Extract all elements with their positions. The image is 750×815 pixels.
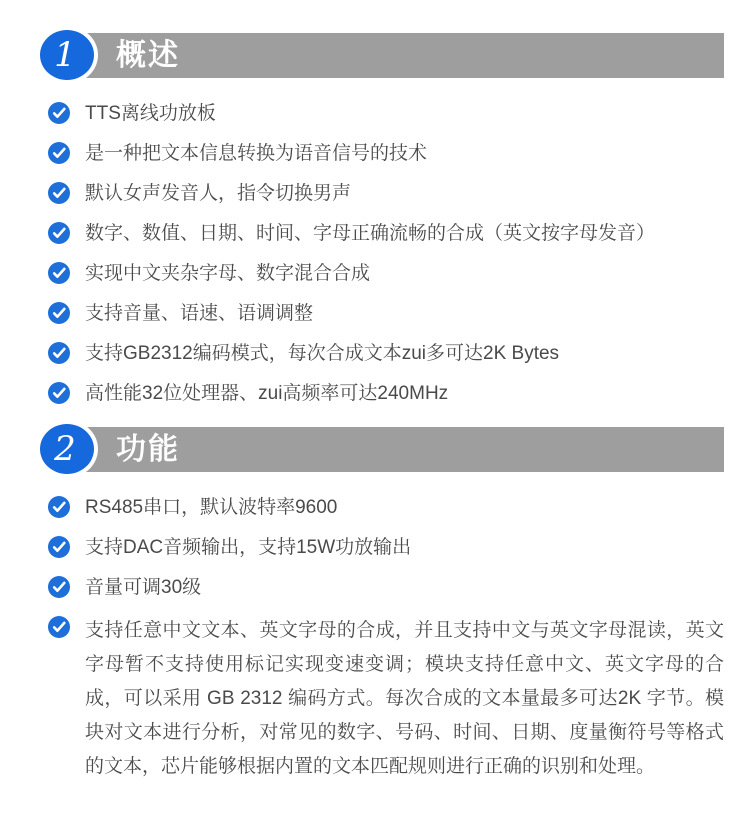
- feature-text: 数字、数值、日期、时间、字母正确流畅的合成（英文按字母发音）: [85, 220, 655, 247]
- section-number: 2: [54, 429, 76, 469]
- section: 2 功能 RS485串口，默认波特率9600: [36, 420, 724, 784]
- section-title-bar: 概述: [60, 33, 724, 78]
- feature-text: 默认女声发音人，指令切换男声: [85, 180, 351, 207]
- feature-text: 音量可调30级: [85, 574, 201, 601]
- check-circle-icon: [48, 262, 70, 284]
- section-header: 2 功能: [36, 420, 724, 480]
- section: 1 概述 TTS离线功放板: [36, 26, 724, 407]
- check-circle-icon: [48, 616, 70, 638]
- product-detail-page: 1 概述 TTS离线功放板: [0, 0, 750, 815]
- feature-item: RS485串口，默认波特率9600: [48, 494, 724, 521]
- feature-text: 支持GB2312编码模式，每次合成文本zui多可达2K Bytes: [85, 340, 559, 367]
- feature-text: 支持DAC音频输出，支持15W功放输出: [85, 534, 411, 561]
- feature-text: 支持音量、语速、语调调整: [85, 300, 313, 327]
- section-number-badge: 2: [36, 420, 98, 478]
- section-title-bar: 功能: [60, 427, 724, 472]
- feature-text: 是一种把文本信息转换为语音信号的技术: [85, 140, 427, 167]
- feature-item: 默认女声发音人，指令切换男声: [48, 180, 724, 207]
- feature-item: TTS离线功放板: [48, 100, 724, 127]
- check-circle-icon: [48, 536, 70, 558]
- feature-item: 支持GB2312编码模式，每次合成文本zui多可达2K Bytes: [48, 340, 724, 367]
- check-circle-icon: [48, 342, 70, 364]
- feature-list: TTS离线功放板 是一种把文本信息转换为语音信号的技术 默认女声发音人，指令: [48, 100, 724, 407]
- feature-item: 支持任意中文文本、英文字母的合成，并且支持中文与英文字母混读，英文字母暂不支持使…: [48, 614, 724, 784]
- feature-item: 音量可调30级: [48, 574, 724, 601]
- feature-item: 实现中文夹杂字母、数字混合合成: [48, 260, 724, 287]
- section-number-badge: 1: [36, 26, 98, 84]
- section-number: 1: [54, 35, 76, 75]
- feature-list: RS485串口，默认波特率9600 支持DAC音频输出，支持15W功放输出: [48, 494, 724, 784]
- feature-item: 支持DAC音频输出，支持15W功放输出: [48, 534, 724, 561]
- check-circle-icon: [48, 102, 70, 124]
- check-circle-icon: [48, 496, 70, 518]
- feature-text: 实现中文夹杂字母、数字混合合成: [85, 260, 370, 287]
- check-circle-icon: [48, 302, 70, 324]
- feature-item: 高性能32位处理器、zui高频率可达240MHz: [48, 380, 724, 407]
- check-circle-icon: [48, 142, 70, 164]
- section-header: 1 概述: [36, 26, 724, 86]
- check-circle-icon: [48, 382, 70, 404]
- check-circle-icon: [48, 222, 70, 244]
- feature-item: 数字、数值、日期、时间、字母正确流畅的合成（英文按字母发音）: [48, 220, 724, 247]
- feature-text: 支持任意中文文本、英文字母的合成，并且支持中文与英文字母混读，英文字母暂不支持使…: [85, 614, 724, 784]
- feature-item: 是一种把文本信息转换为语音信号的技术: [48, 140, 724, 167]
- check-circle-icon: [48, 182, 70, 204]
- feature-text: RS485串口，默认波特率9600: [85, 494, 337, 521]
- feature-text: 高性能32位处理器、zui高频率可达240MHz: [85, 380, 448, 407]
- feature-item: 支持音量、语速、语调调整: [48, 300, 724, 327]
- check-circle-icon: [48, 576, 70, 598]
- feature-text: TTS离线功放板: [85, 100, 216, 127]
